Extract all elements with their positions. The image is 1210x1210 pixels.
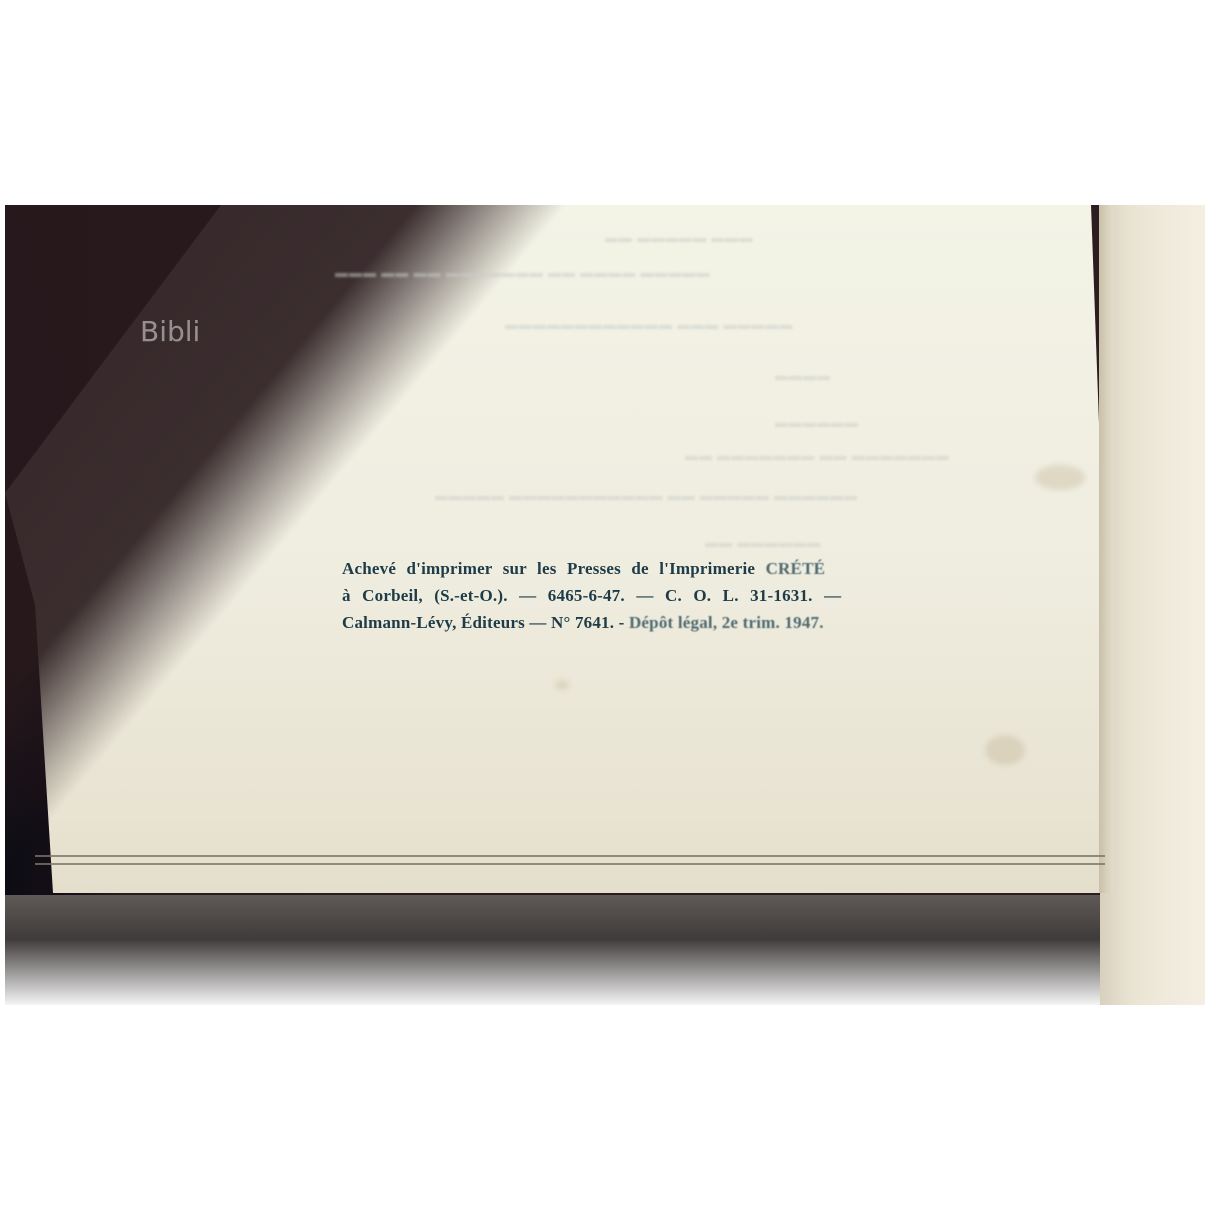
facing-page-edge [1100, 205, 1205, 1005]
page-stack-edge [35, 855, 1105, 895]
colophon-line: Achevé d'imprimer sur les Presses de l'I… [342, 555, 841, 582]
colophon-line: à Corbeil, (S.-et-O.). — 6465-6-47. — C.… [342, 582, 841, 609]
bleed-through-text: ▬▬▬ ▬▬ ▬▬ ▬▬▬▬▬▬▬ ▬▬ ▬▬▬▬ ▬▬▬▬▬ [335, 265, 711, 281]
bleed-through-text: ▬▬▬▬▬ ▬▬▬▬▬▬▬▬▬▬▬ ▬▬ ▬▬▬▬▬ ▬▬▬▬▬▬ [435, 488, 858, 504]
paper-stain [1035, 465, 1085, 490]
bleed-through-text: ▬▬▬▬ [775, 368, 831, 384]
colophon-text-faded: CRÉTÉ [766, 559, 826, 578]
paper-stain [985, 735, 1025, 765]
page-gutter [1099, 205, 1113, 893]
colophon: Achevé d'imprimer sur les Presses de l'I… [342, 555, 841, 636]
bleed-through-text: ▬▬ ▬▬▬▬▬▬▬ ▬▬ ▬▬▬▬▬▬▬ [685, 448, 950, 464]
colophon-text-faded: Dépôt légal, 2e trim. 1947. [629, 613, 824, 632]
colophon-text: Calmann-Lévy, Éditeurs — N° 7641. - [342, 613, 629, 632]
bleed-through-text: ▬▬ ▬▬▬▬▬ ▬▬▬ [605, 230, 754, 246]
book-photo: ▬▬ ▬▬▬▬▬ ▬▬▬ ▬▬▬ ▬▬ ▬▬ ▬▬▬▬▬▬▬ ▬▬ ▬▬▬▬ ▬… [5, 205, 1205, 1005]
bleed-through-text: ▬▬▬▬▬▬ [775, 415, 859, 431]
watermark: Bibli [140, 315, 200, 348]
bleed-through-text: ▬▬ ▬▬▬▬▬▬ [705, 535, 821, 551]
paper-stain [555, 680, 569, 690]
colophon-text: Achevé d'imprimer sur les Presses de l'I… [342, 559, 766, 578]
colophon-line: Calmann-Lévy, Éditeurs — N° 7641. - Dépô… [342, 609, 841, 636]
colophon-text: à Corbeil, (S.-et-O.). — 6465-6-47. — C.… [342, 586, 841, 605]
table-surface [5, 895, 1205, 1005]
bleed-through-text: ▬▬▬▬▬▬▬▬▬▬▬▬ ▬▬▬ ▬▬▬▬▬ [505, 317, 794, 333]
